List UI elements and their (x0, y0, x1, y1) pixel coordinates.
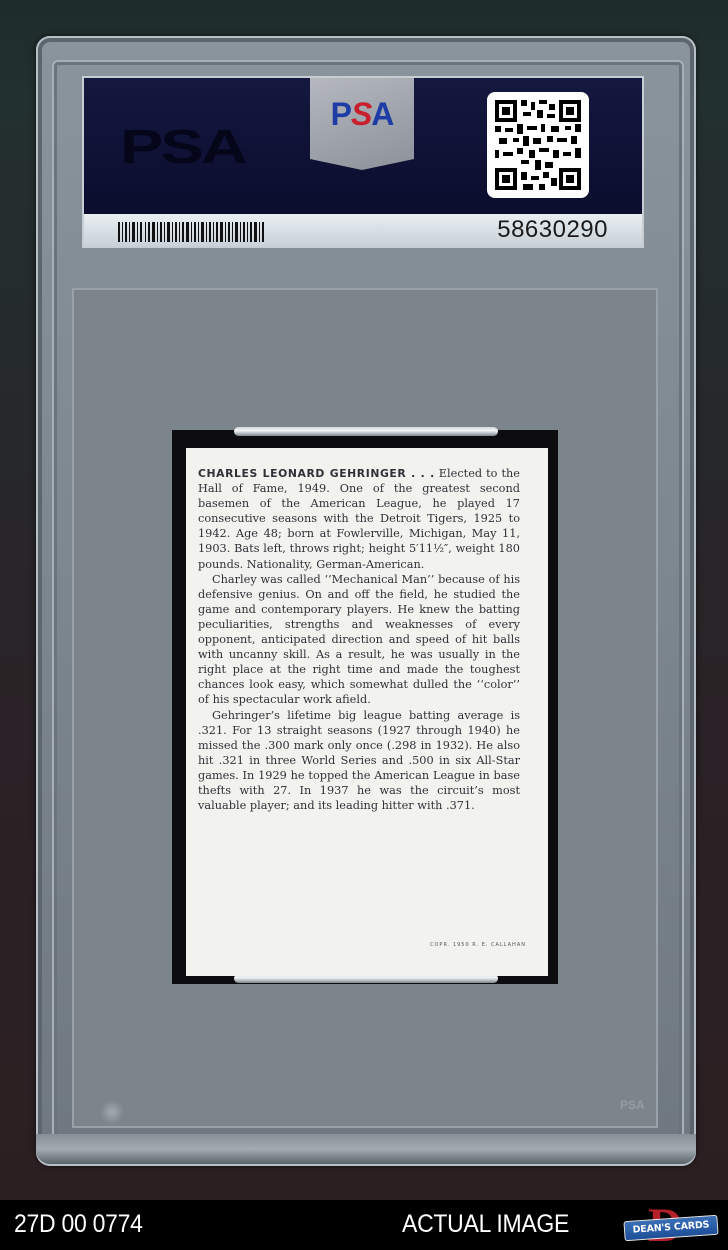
slab-bottom-edge (36, 1134, 696, 1164)
label-barcode-strip: 58630290 (84, 214, 642, 246)
psa-shield-logo: PSA (310, 78, 414, 170)
deans-cards-logo[interactable]: D DEAN'S CARDS (622, 1204, 718, 1250)
top-rail (234, 427, 498, 436)
actual-image-label: ACTUAL IMAGE (402, 1210, 569, 1239)
bio-paragraph-1: CHARLES LEONARD GEHRINGER . . . Elected … (198, 466, 520, 572)
label-top: PSA PSA (84, 78, 642, 214)
barcode-icon (118, 222, 264, 242)
bio-paragraph-3: Gehringer’s lifetime big league batting … (198, 708, 520, 814)
psa-letter-p: P (331, 96, 351, 132)
deans-logo-banner: DEAN'S CARDS (623, 1215, 718, 1242)
cert-number: 58630290 (497, 216, 608, 244)
psa-letter-s: S (351, 96, 371, 132)
slab-hologram-mark (100, 1100, 124, 1124)
item-id: 27D 00 0774 (14, 1210, 143, 1239)
psa-logo-text: PSA (310, 96, 414, 133)
qr-code-icon[interactable] (487, 92, 589, 198)
psa-letter-a: A (371, 96, 393, 132)
bio-text-1: Elected to the Hall of Fame, 1949. One o… (198, 467, 520, 571)
player-name: CHARLES LEONARD GEHRINGER . . . (198, 467, 435, 480)
card-bio: CHARLES LEONARD GEHRINGER . . . Elected … (198, 466, 520, 813)
copyright-line: COPR. 1950 R. E. CALLAHAN (430, 942, 540, 948)
footer-bar: 27D 00 0774 ACTUAL IMAGE (0, 1200, 728, 1250)
psa-label: PSA PSA (84, 78, 642, 246)
bio-paragraph-2: Charley was called ‘‘Mechanical Man’’ be… (198, 572, 520, 708)
psa-embossed-logo: PSA (120, 120, 245, 175)
slab-corner-mark: PSA (620, 1098, 645, 1112)
